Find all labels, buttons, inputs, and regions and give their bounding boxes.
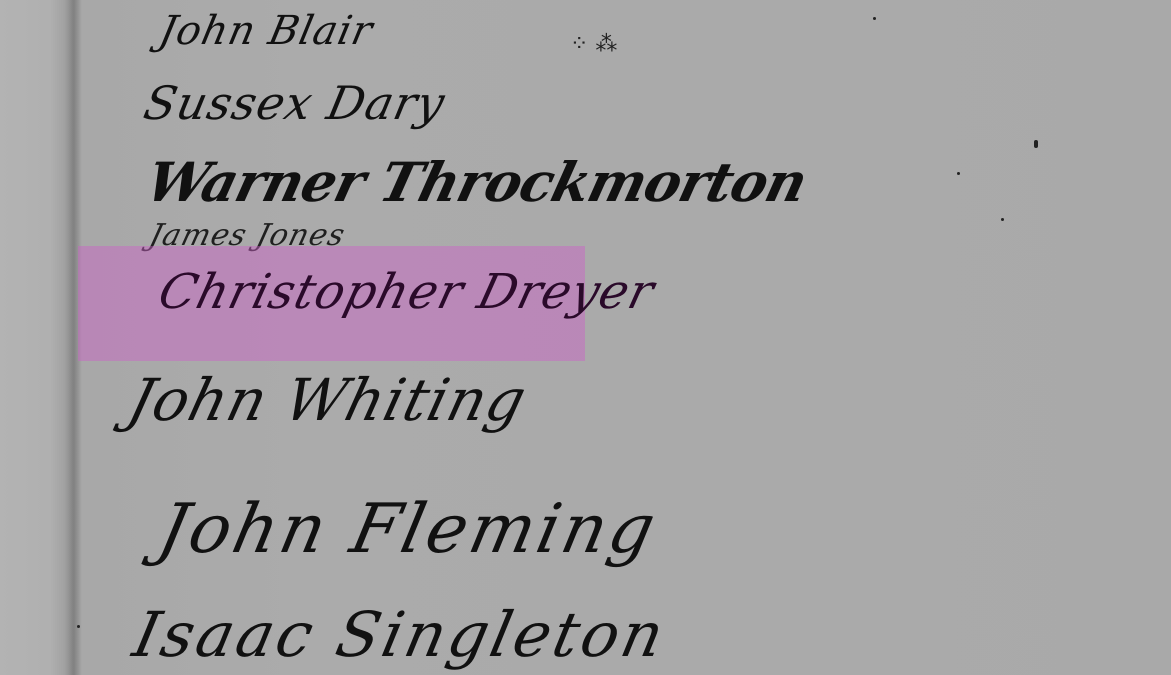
signature-john-blair: John Blair xyxy=(155,8,377,54)
ink-speck xyxy=(77,625,80,628)
signature-john-fleming: John Fleming xyxy=(152,490,665,569)
signature-sussex-dary: Sussex Dary xyxy=(139,76,450,130)
ink-speck xyxy=(957,172,960,175)
signature-john-whiting: John Whiting xyxy=(122,366,534,434)
document-page: John Blair Sussex Dary Warner Throckmort… xyxy=(0,0,1171,675)
ink-speck xyxy=(1034,140,1038,148)
ink-speck xyxy=(873,17,876,20)
signature-warner-throckmorton: Warner Throckmorton xyxy=(140,150,813,214)
ink-smudge: ⁘ ⁂ xyxy=(570,32,617,57)
signature-christopher-dreyer: Christopher Dreyer xyxy=(153,264,660,320)
ink-speck xyxy=(1001,218,1004,221)
signature-isaac-singleton: Isaac Singleton xyxy=(127,598,673,671)
